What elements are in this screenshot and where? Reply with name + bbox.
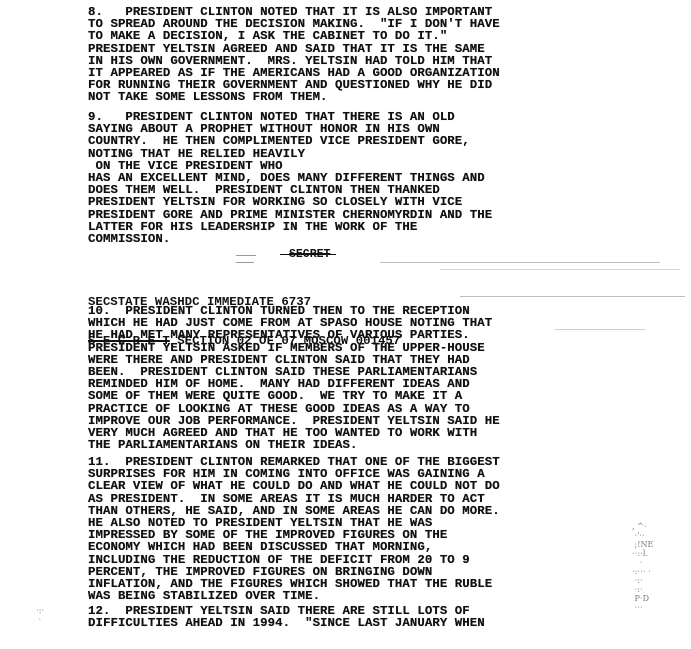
text-line: THE PARLIAMENTARIANS ON THEIR IDEAS. (88, 439, 500, 451)
scan-noise (380, 262, 660, 263)
document-page: 8. PRESIDENT CLINTON NOTED THAT IT IS AL… (0, 0, 691, 649)
text-line: COUNTRY. HE THEN COMPLIMENTED VICE PRESI… (88, 135, 492, 147)
text-line: CLEAR VIEW OF WHAT HE COULD DO AND WHAT … (88, 480, 500, 492)
text-line: PRESIDENT YELTSIN ASKED IF MEMBERS OF TH… (88, 342, 500, 354)
paragraph-11: 11. PRESIDENT CLINTON REMARKED THAT ONE … (88, 456, 500, 602)
text-line: WAS BEING STABILIZED OVER TIME. (88, 590, 500, 602)
text-line: NOT TAKE SOME LESSONS FROM THEM. (88, 91, 500, 103)
classification-header: SECRET (289, 248, 330, 261)
text-line: PRESIDENT GORE AND PRIME MINISTER CHERNO… (88, 209, 492, 221)
text-line: PRESIDENT YELTSIN AGREED AND SAID THAT I… (88, 43, 500, 55)
text-line: SOME OF THEM WERE QUITE GOOD. WE TRY TO … (88, 390, 500, 402)
text-line: PRESIDENT YELTSIN FOR WORKING SO CLOSELY… (88, 196, 492, 208)
text-line: COMMISSION. (88, 233, 492, 245)
scan-noise (236, 262, 254, 263)
text-line: TO MAKE A DECISION, I ASK THE CABINET TO… (88, 30, 500, 42)
scan-noise (236, 255, 256, 256)
paragraph-12: 12. PRESIDENT YELTSIN SAID THERE ARE STI… (88, 605, 485, 629)
paragraph-9: 9. PRESIDENT CLINTON NOTED THAT THERE IS… (88, 111, 492, 245)
text-line: AS PRESIDENT. IN SOME AREAS IT IS MUCH H… (88, 493, 500, 505)
text-line: PRACTICE OF LOOKING AT THESE GOOD IDEAS … (88, 403, 500, 415)
scan-noise (440, 269, 680, 270)
paragraph-8: 8. PRESIDENT CLINTON NOTED THAT IT IS AL… (88, 6, 500, 104)
text-line: HE HAD MET MANY REPRESENTATIVES OF VARIO… (88, 329, 500, 341)
text-line: NOTING THAT HE RELIED HEAVILY (88, 148, 492, 160)
scan-speckle: ⋅:⋅ ⋅ (36, 606, 44, 624)
text-line: INCLUDING THE REDUCTION OF THE DEFICIT F… (88, 554, 500, 566)
paragraph-10: 10. PRESIDENT CLINTON TURNED THEN TO THE… (88, 305, 500, 451)
scan-noise (460, 296, 685, 297)
text-line: DIFFICULTIES AHEAD IN 1994. "SINCE LAST … (88, 617, 485, 629)
margin-stamp: , ^⋅ ·'⋅⋅ ;!NE ⋅⋅:⋅l. ⋅ ⋅:⋅⋅⋅ ⋅ ⋅:⋅ ⋅:⋅ … (632, 522, 653, 612)
scan-noise (555, 329, 645, 330)
text-line: ECONOMY WHICH HAD BEEN DISCUSSED THAT MO… (88, 541, 500, 553)
